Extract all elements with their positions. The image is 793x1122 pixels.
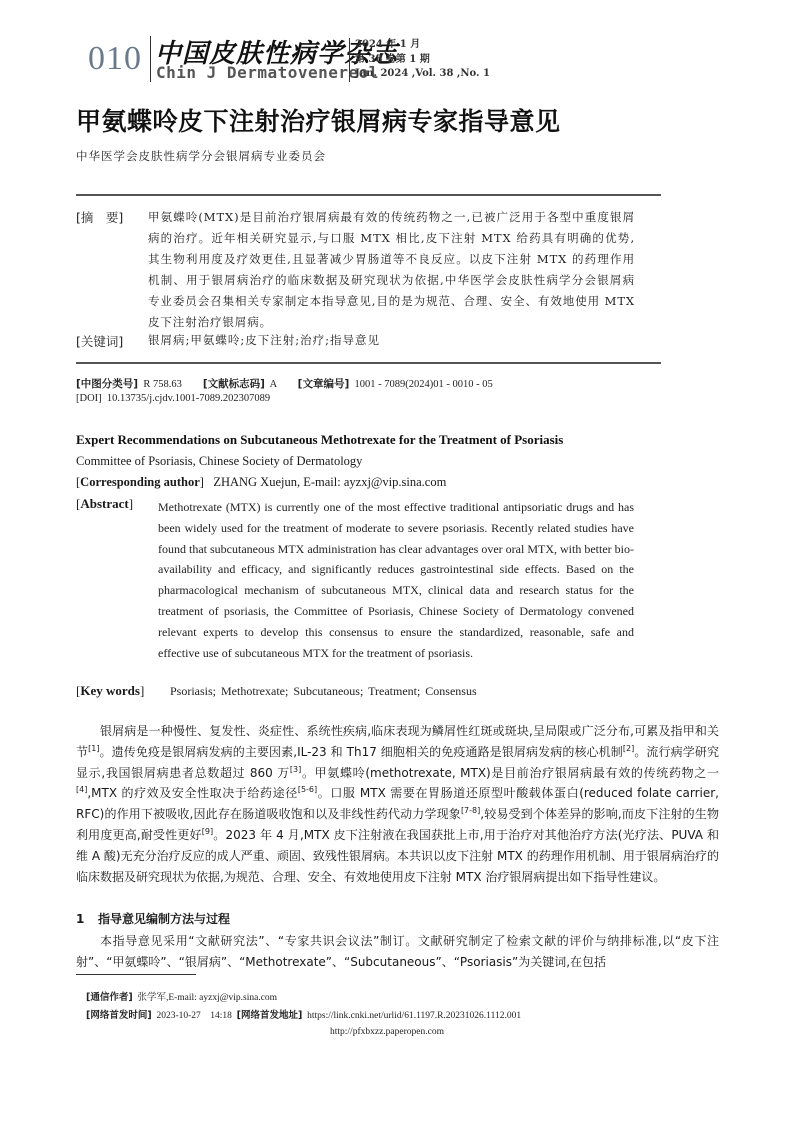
abstract-en-label: [Abstract]	[76, 496, 133, 512]
text-segment: 。遗传免疫是银屑病发病的主要因素,IL-23 和 Th17 细胞相关的免疫通路是…	[99, 745, 622, 759]
keywords-en-label-text: Key words	[80, 683, 140, 698]
journal-title-en: Chin J Dermatovenereol	[156, 63, 379, 82]
paragraph-text: 本指导意见采用“文献研究法”、“专家共识会议法”制订。文献研究制定了检索文献的评…	[76, 931, 719, 973]
page-number: 010	[88, 40, 142, 78]
citation[interactable]: [9]	[202, 827, 213, 836]
keywords-en-label: [Key words]	[76, 683, 144, 699]
footnote-online: [网络首发时间] 2023-10-27 14:18 [网络首发地址] https…	[86, 1007, 521, 1021]
corresponding-author-en: [Corresponding author] ZHANG Xuejun, E-m…	[76, 475, 446, 490]
clc-value: R 758.63	[143, 379, 182, 390]
article-no-value: 1001 - 7089(2024)01 - 0010 - 05	[355, 379, 493, 390]
abstract-en: Methotrexate (MTX) is currently one of t…	[158, 497, 634, 663]
issue-date: 2024 年 1 月	[355, 38, 490, 53]
online-time-label: [网络首发时间]	[86, 1010, 152, 1021]
journal-website[interactable]: http://pfxbxzz.paperopen.com	[330, 1027, 444, 1037]
citation[interactable]: [7-8]	[461, 806, 480, 815]
footnote-corr-value: 张学军,E-mail: ayzxj@vip.sina.com	[137, 993, 277, 1003]
section-number: 1	[76, 912, 98, 926]
abstract-en-label-text: Abstract	[80, 496, 128, 511]
keywords-cn-label: [关键词]	[76, 332, 123, 350]
intro-paragraph: 银屑病是一种慢性、复发性、炎症性、系统性疾病,临床表现为鳞屑性红斑或斑块,呈局限…	[76, 721, 719, 887]
corr-value-en: ZHANG Xuejun, E-mail: ayzxj@vip.sina.com	[213, 475, 446, 489]
section-title: 指导意见编制方法与过程	[98, 912, 230, 926]
keywords-en: Psoriasis; Methotrexate; Subcutaneous; T…	[170, 684, 477, 699]
citation[interactable]: [4]	[76, 785, 87, 794]
author-organization-en: Committee of Psoriasis, Chinese Society …	[76, 454, 362, 469]
citation[interactable]: [3]	[290, 765, 301, 774]
doi-line: [DOI] 10.13735/j.cjdv.1001-7089.20230708…	[76, 393, 270, 404]
keywords-cn: 银屑病;甲氨蝶呤;皮下注射;治疗;指导意见	[148, 332, 380, 348]
doc-code-label: [文献标志码]	[203, 378, 265, 390]
doi-label: [DOI]	[76, 393, 102, 404]
footnote-divider	[76, 974, 196, 975]
header-divider	[150, 36, 151, 82]
footnote-corresponding: [通信作者] 张学军,E-mail: ayzxj@vip.sina.com	[86, 989, 277, 1003]
header-divider	[349, 38, 350, 82]
issue-en: Jan. 2024 ,Vol. 38 ,No. 1	[355, 67, 490, 82]
section-heading: 1指导意见编制方法与过程	[76, 910, 230, 927]
citation[interactable]: [2]	[623, 744, 634, 753]
doi-value[interactable]: 10.13735/j.cjdv.1001-7089.202307089	[107, 393, 270, 404]
text-segment: ,MTX 的疗效及安全性取决于给药途径	[87, 786, 297, 800]
corr-label-en: Corresponding author	[80, 475, 200, 489]
footnote-corr-label: [通信作者]	[86, 992, 133, 1003]
article-title: 甲氨蝶呤皮下注射治疗银屑病专家指导意见	[76, 102, 561, 138]
citation[interactable]: [5-6]	[298, 785, 317, 794]
article-title-en: Expert Recommendations on Subcutaneous M…	[76, 432, 563, 448]
divider	[76, 362, 661, 364]
online-url-value[interactable]: https://link.cnki.net/urlid/61.1197.R.20…	[307, 1011, 521, 1021]
doc-code-value: A	[270, 379, 277, 390]
section-paragraph: 本指导意见采用“文献研究法”、“专家共识会议法”制订。文献研究制定了检索文献的评…	[76, 931, 719, 973]
abstract-cn-label: [摘 要]	[76, 208, 123, 226]
issue-volume: 第 38 卷第 1 期	[355, 53, 490, 68]
online-url-label: [网络首发地址]	[237, 1010, 303, 1021]
issue-info: 2024 年 1 月 第 38 卷第 1 期 Jan. 2024 ,Vol. 3…	[355, 38, 490, 82]
online-time-value: 2023-10-27 14:18	[156, 1011, 231, 1021]
text-segment: 。甲氨蝶呤(methotrexate, MTX)是目前治疗银屑病最有效的传统药物…	[301, 766, 719, 780]
classification-line: [中图分类号] R 758.63 [文献标志码] A [文章编号] 1001 -…	[76, 376, 493, 391]
citation[interactable]: [1]	[88, 744, 99, 753]
author-organization: 中华医学会皮肤性病学分会银屑病专业委员会	[76, 148, 326, 164]
divider	[76, 194, 661, 196]
abstract-cn: 甲氨蝶呤(MTX)是目前治疗银屑病最有效的传统药物之一,已被广泛用于各型中重度银…	[148, 207, 635, 333]
article-no-label: [文章编号]	[298, 378, 350, 390]
clc-label: [中图分类号]	[76, 378, 138, 390]
